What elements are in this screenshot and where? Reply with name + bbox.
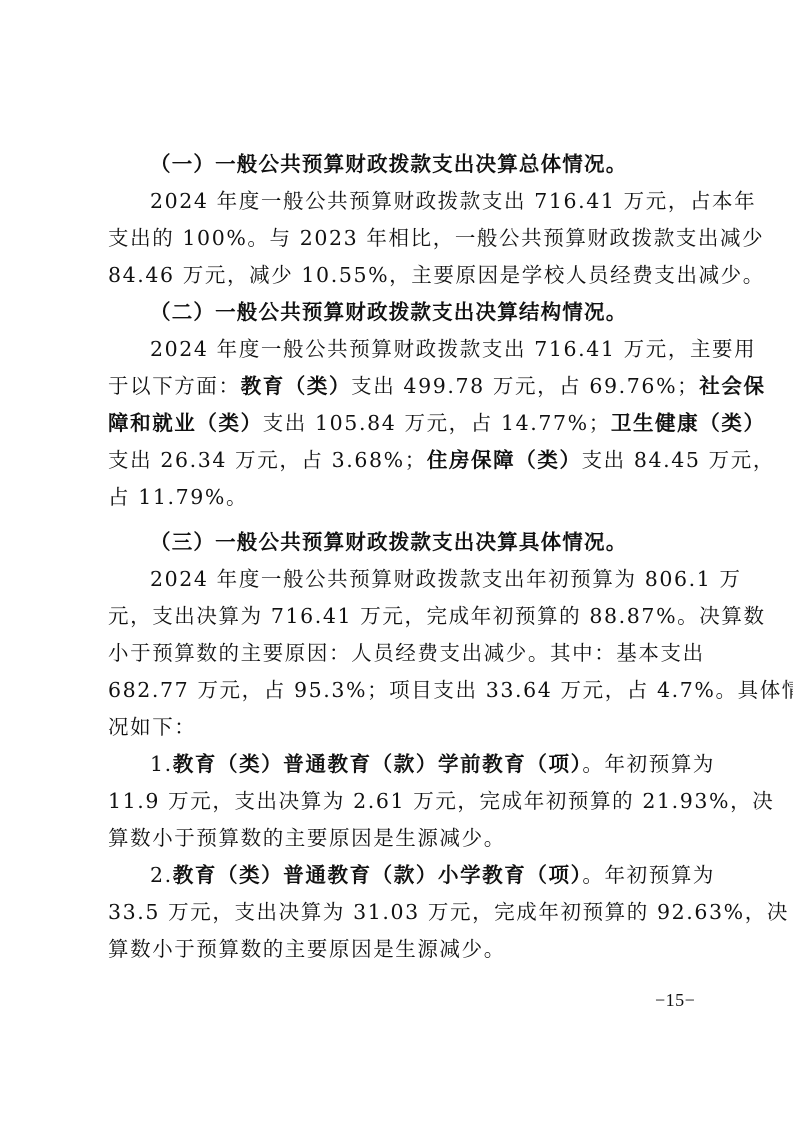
text-span: 于以下方面： — [108, 374, 241, 398]
section-heading-overall: （一）一般公共预算财政拨款支出决算总体情况。 — [108, 146, 690, 183]
paragraph-line: 682.77 万元，占 95.3%；项目支出 33.64 万元，占 4.7%。具… — [108, 672, 690, 709]
section-heading-details: （三）一般公共预算财政拨款支出决算具体情况。 — [108, 524, 690, 561]
text-span: 支出 26.34 万元，占 3.68%； — [108, 448, 427, 472]
paragraph-line: 84.46 万元，减少 10.55%，主要原因是学校人员经费支出减少。 — [108, 257, 690, 294]
paragraph-line: 占 11.79%。 — [108, 479, 690, 516]
document-page: （一）一般公共预算财政拨款支出决算总体情况。 2024 年度一般公共预算财政拨款… — [108, 146, 690, 968]
paragraph-line: 小于预算数的主要原因：人员经费支出减少。其中：基本支出 — [108, 635, 690, 672]
paragraph-line: 11.9 万元，支出决算为 2.61 万元，完成年初预算的 21.93%，决 — [108, 783, 690, 820]
text-span: 。年初预算为 — [582, 752, 715, 776]
paragraph-line: 2024 年度一般公共预算财政拨款支出 716.41 万元，主要用 — [108, 331, 690, 368]
paragraph-line: 算数小于预算数的主要原因是生源减少。 — [108, 820, 690, 857]
paragraph-line: 33.5 万元，支出决算为 31.03 万元，完成年初预算的 92.63%，决 — [108, 894, 690, 931]
item-number: 2. — [150, 863, 173, 887]
list-item-primary-title: 2.教育（类）普通教育（款）小学教育（项）。年初预算为 — [108, 857, 690, 894]
list-item-preschool-title: 1.教育（类）普通教育（款）学前教育（项）。年初预算为 — [108, 746, 690, 783]
paragraph-line: 支出的 100%。与 2023 年相比，一般公共预算财政拨款支出减少 — [108, 220, 690, 257]
item-number: 1. — [150, 752, 173, 776]
category-social-security-start: 社会保 — [699, 374, 765, 398]
paragraph-line: 2024 年度一般公共预算财政拨款支出年初预算为 806.1 万 — [108, 561, 690, 598]
paragraph-line: 障和就业（类）支出 105.84 万元，占 14.77%；卫生健康（类） — [108, 405, 690, 442]
paragraph-line: 于以下方面：教育（类）支出 499.78 万元，占 69.76%；社会保 — [108, 368, 690, 405]
text-span: 。年初预算为 — [582, 863, 715, 887]
paragraph-line: 算数小于预算数的主要原因是生源减少。 — [108, 931, 690, 968]
spacer — [108, 516, 690, 524]
page-number: −15− — [655, 990, 695, 1011]
category-social-security-end: 障和就业（类） — [108, 411, 263, 435]
text-span: 支出 105.84 万元，占 14.77%； — [263, 411, 611, 435]
category-housing: 住房保障（类） — [427, 448, 582, 472]
category-health: 卫生健康（类） — [611, 411, 766, 435]
item-title: 教育（类）普通教育（款）学前教育（项） — [173, 752, 583, 776]
item-title: 教育（类）普通教育（款）小学教育（项） — [173, 863, 583, 887]
paragraph-line: 支出 26.34 万元，占 3.68%；住房保障（类）支出 84.45 万元， — [108, 442, 690, 479]
text-span: 支出 499.78 万元，占 69.76%； — [351, 374, 699, 398]
paragraph-line: 2024 年度一般公共预算财政拨款支出 716.41 万元，占本年 — [108, 183, 690, 220]
section-heading-structure: （二）一般公共预算财政拨款支出决算结构情况。 — [108, 294, 690, 331]
paragraph-line: 况如下： — [108, 709, 690, 746]
category-education: 教育（类） — [241, 374, 352, 398]
text-span: 支出 84.45 万元， — [582, 448, 775, 472]
paragraph-line: 元，支出决算为 716.41 万元，完成年初预算的 88.87%。决算数 — [108, 598, 690, 635]
